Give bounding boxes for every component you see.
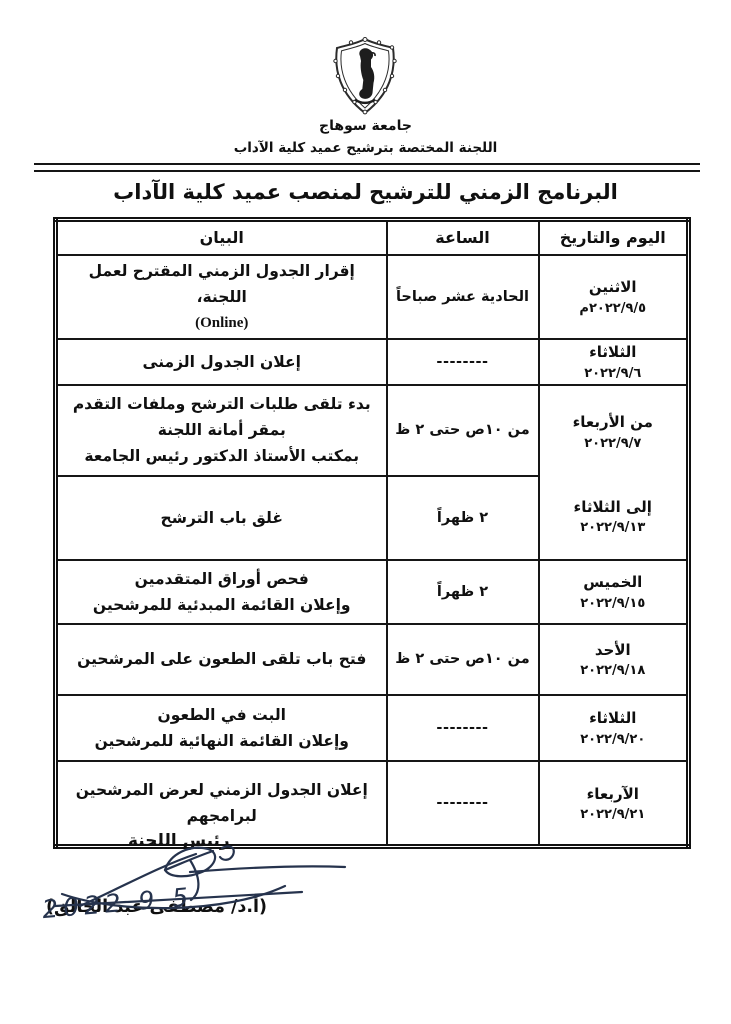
statement-line: غلق باب الترشح xyxy=(64,505,380,531)
statement-cell: غلق باب الترشح xyxy=(56,476,387,559)
day-label: الأحد xyxy=(546,640,681,660)
statement-line: وإعلان القائمة النهائية للمرشحين xyxy=(64,728,380,754)
statement-cell: فتح باب تلقى الطعون على المرشحين xyxy=(56,624,387,695)
day-label: الثلاثاء xyxy=(546,708,681,728)
statement-line: لبرامجهم xyxy=(64,803,380,829)
date-cell: الثلاثاء ٢٠٢٢/٩/٢٠ xyxy=(539,695,689,761)
table-row: الاثنين ٢٠٢٢/٩/٥م الحادية عشر صباحاً إقر… xyxy=(56,255,689,339)
date-cell: الاثنين ٢٠٢٢/٩/٥م xyxy=(539,255,689,339)
statement-cell: فحص أوراق المتقدمين وإعلان القائمة المبد… xyxy=(56,560,387,624)
date-cell: الآربعاء ٢٠٢٢/٩/٢١ xyxy=(539,761,689,847)
day-label: الاثنين xyxy=(546,277,681,297)
date-label: ٢٠٢٢/٩/١٨ xyxy=(546,663,681,678)
col-header-statement: البيان xyxy=(56,220,387,255)
time-cell: الحادية عشر صباحاً xyxy=(387,255,539,339)
table-row: الثلاثاء ٢٠٢٢/٩/٢٠ -------- البت في الطع… xyxy=(56,695,689,761)
schedule-table: اليوم والتاريخ الساعة البيان الاثنين ٢٠٢… xyxy=(53,217,691,849)
table-header-row: اليوم والتاريخ الساعة البيان xyxy=(56,220,689,255)
date-label: ٢٠٢٢/٩/١٣ xyxy=(580,520,645,535)
date-label: ٢٠٢٢/٩/١٥ xyxy=(546,596,681,611)
statement-cell: بدء تلقى طلبات الترشح وملفات التقدم بمقر… xyxy=(56,385,387,477)
double-rule-divider xyxy=(34,163,700,172)
scanned-document-page: جامعة سوهاج اللجنة المختصة بترشيح عميد ك… xyxy=(0,0,731,1024)
date-cell-merged: من الأربعاء ٢٠٢٢/٩/٧ إلى الثلاثاء ٢٠٢٢/٩… xyxy=(539,385,689,560)
date-cell: الأحد ٢٠٢٢/٩/١٨ xyxy=(539,624,689,695)
statement-line: بدء تلقى طلبات الترشح وملفات التقدم xyxy=(64,391,380,417)
statement-line: إعلان الجدول الزمني لعرض المرشحين xyxy=(64,777,380,803)
day-label: الخميس xyxy=(546,572,681,592)
date-label: ٢٠٢٢/٩/٦ xyxy=(546,366,681,381)
date-cell: الثلاثاء ٢٠٢٢/٩/٦ xyxy=(539,339,689,385)
time-cell: -------- xyxy=(387,695,539,761)
committee-name: اللجنة المختصة بترشيح عميد كلية الآداب xyxy=(0,140,731,156)
day-label: من الأربعاء xyxy=(573,412,653,432)
statement-line: فتح باب تلقى الطعون على المرشحين xyxy=(64,646,380,672)
statement-cell: إعلان الجدول الزمنى xyxy=(56,339,387,385)
statement-cell: البت في الطعون وإعلان القائمة النهائية ل… xyxy=(56,695,387,761)
col-header-time: الساعة xyxy=(387,220,539,255)
table-row: الأحد ٢٠٢٢/٩/١٨ من ١٠ص حتى ٢ ظ فتح باب ت… xyxy=(56,624,689,695)
time-cell: من ١٠ص حتى ٢ ظ xyxy=(387,385,539,477)
signature-name: (أ.د/ مصطفى عبد الخالق) xyxy=(46,897,267,917)
date-group: إلى الثلاثاء ٢٠٢٢/٩/١٣ xyxy=(546,476,681,557)
time-cell: -------- xyxy=(387,339,539,385)
table-row: الثلاثاء ٢٠٢٢/٩/٦ -------- إعلان الجدول … xyxy=(56,339,689,385)
col-header-day-date: اليوم والتاريخ xyxy=(539,220,689,255)
date-label: ٢٠٢٢/٩/٥م xyxy=(546,301,681,316)
statement-line: بمقر أمانة اللجنة xyxy=(64,417,380,443)
table-row: الخميس ٢٠٢٢/٩/١٥ ٢ ظهراً فحص أوراق المتق… xyxy=(56,560,689,624)
date-cell: الخميس ٢٠٢٢/٩/١٥ xyxy=(539,560,689,624)
statement-line: إعلان الجدول الزمنى xyxy=(64,349,380,375)
statement-cell: إقرار الجدول الزمني المقترح لعمل اللجنة،… xyxy=(56,255,387,339)
time-cell: -------- xyxy=(387,761,539,847)
table-row: من الأربعاء ٢٠٢٢/٩/٧ إلى الثلاثاء ٢٠٢٢/٩… xyxy=(56,385,689,477)
time-cell: ٢ ظهراً xyxy=(387,560,539,624)
university-emblem xyxy=(330,36,400,116)
statement-line: فحص أوراق المتقدمين xyxy=(64,566,380,592)
date-label: ٢٠٢٢/٩/٧ xyxy=(584,436,641,451)
document-title: البرنامج الزمني للترشيح لمنصب عميد كلية … xyxy=(0,180,731,204)
time-cell: ٢ ظهراً xyxy=(387,476,539,559)
date-label: ٢٠٢٢/٩/٢٠ xyxy=(546,732,681,747)
date-group: من الأربعاء ٢٠٢٢/٩/٧ xyxy=(546,388,681,476)
statement-line: بمكتب الأستاذ الدكتور رئيس الجامعة xyxy=(64,443,380,469)
statement-line: البت في الطعون xyxy=(64,702,380,728)
statement-line: (Online) xyxy=(64,310,380,336)
statement-line: إقرار الجدول الزمني المقترح لعمل اللجنة، xyxy=(64,258,380,310)
day-label: الثلاثاء xyxy=(546,342,681,362)
day-label: الآربعاء xyxy=(546,784,681,804)
statement-line: وإعلان القائمة المبدئية للمرشحين xyxy=(64,592,380,618)
shield-falcon-icon xyxy=(330,36,400,116)
time-cell: من ١٠ص حتى ٢ ظ xyxy=(387,624,539,695)
university-name: جامعة سوهاج xyxy=(0,118,731,134)
date-label: ٢٠٢٢/٩/٢١ xyxy=(546,807,681,822)
day-label: إلى الثلاثاء xyxy=(574,497,652,517)
signature-role: رئيس اللجنة xyxy=(128,831,230,851)
